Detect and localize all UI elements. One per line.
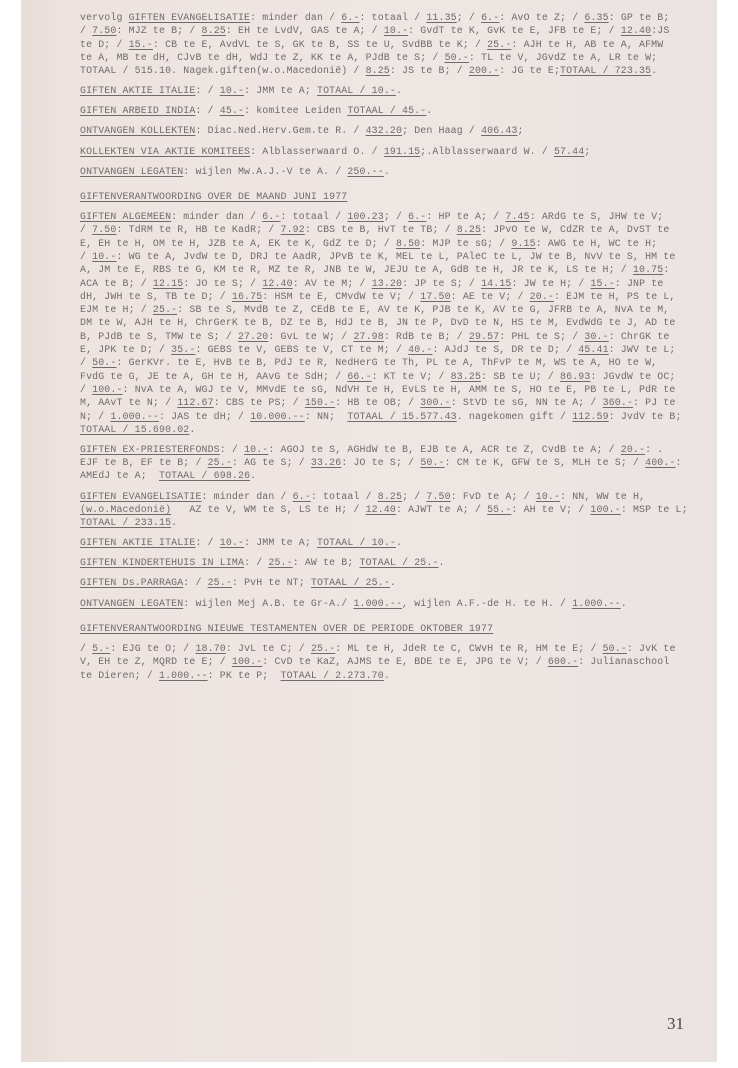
underlined-text: 112.59 bbox=[572, 411, 608, 422]
underlined-text: 360.- bbox=[603, 397, 633, 408]
text-run: : JMM te A; bbox=[244, 537, 317, 548]
text-line: A, JM te E, RBS te G, KM te R, MZ te R, … bbox=[80, 263, 684, 276]
text-run: : NvA te A, WGJ te V, MMvdE te sG, NdVH … bbox=[123, 384, 676, 395]
text-run: : / bbox=[195, 105, 219, 116]
text-run: M, AAvT te N; / bbox=[80, 397, 177, 408]
text-run: . bbox=[439, 557, 445, 568]
section-ex-priesterfonds: GIFTEN EX-PRIESTERFONDS: / 10.-: AGOJ te… bbox=[80, 443, 684, 483]
text-line: / 5.-: EJG te O; / 18.70: JvL te C; / 25… bbox=[80, 642, 684, 655]
underlined-text: 8.25 bbox=[457, 224, 481, 235]
underlined-text: TOTAAL / 45.- bbox=[347, 105, 426, 116]
text-run: : MSP te L; bbox=[621, 504, 688, 515]
text-run: V, EH te Z, MQRD te E; / bbox=[80, 656, 232, 667]
text-run: : CBS te PS; / bbox=[214, 397, 305, 408]
underlined-text: 66.- bbox=[347, 371, 371, 382]
underlined-text: 18.70 bbox=[195, 643, 225, 654]
text-run: . nagekomen gift / bbox=[457, 411, 572, 422]
underlined-text: 35.- bbox=[171, 344, 195, 355]
text-run: E, JPK te D; / bbox=[80, 344, 171, 355]
text-run: TOTAAL / 515.10. Nagek.giften(w.o.Macedo… bbox=[80, 65, 366, 76]
text-run: : JO te S; / bbox=[183, 278, 262, 289]
underlined-text: 55.- bbox=[487, 504, 511, 515]
underlined-text: 1.000.-- bbox=[572, 598, 621, 609]
text-run: : AH te V; / bbox=[511, 504, 590, 515]
text-run: / bbox=[80, 643, 92, 654]
text-line: DM te W, AJH te H, ChrGerK te B, DZ te B… bbox=[80, 316, 684, 329]
underlined-text: 10.- bbox=[220, 85, 244, 96]
text-run: : TdRM te R, HB te KadR; / bbox=[116, 224, 280, 235]
underlined-text: GIFTEN EVANGELISATIE bbox=[129, 12, 251, 23]
text-run: ; bbox=[518, 125, 524, 136]
underlined-text: TOTAAL / 25.- bbox=[311, 577, 390, 588]
underlined-text: TOTAAL / 15.577.43 bbox=[347, 411, 456, 422]
underlined-text: 50.- bbox=[92, 357, 116, 368]
text-line: N; / 1.000.--: JAS te dH; / 10.000.--: N… bbox=[80, 410, 684, 423]
text-line: GIFTEN EX-PRIESTERFONDS: / 10.-: AGOJ te… bbox=[80, 443, 684, 456]
underlined-text: 12.15 bbox=[153, 278, 183, 289]
text-run: : CBS te B, HvT te TB; / bbox=[305, 224, 457, 235]
underlined-text: 7.50 bbox=[92, 224, 116, 235]
text-run: . bbox=[396, 85, 402, 96]
underlined-text: TOTAAL / 2.273.70 bbox=[281, 670, 384, 681]
text-run: : AW te B; bbox=[293, 557, 360, 568]
text-run: : AJWT te A; / bbox=[396, 504, 487, 515]
text-run: vervolg bbox=[80, 12, 129, 23]
underlined-text: 17.50 bbox=[420, 291, 450, 302]
text-run: : HSM te E, CMvdW te V; / bbox=[262, 291, 420, 302]
text-line: / 50.-: GerKVr. te E, HvB te B, PdJ te R… bbox=[80, 356, 684, 369]
underlined-text: GIFTEN AKTIE ITALIE bbox=[80, 85, 195, 96]
text-line: TOTAAL / 515.10. Nagek.giften(w.o.Macedo… bbox=[80, 64, 684, 77]
text-run: FvdG te G, JE te A, GH te H, AAvG te SdH… bbox=[80, 371, 347, 382]
text-run: : GvdT te K, GvK te E, JFB te E; / bbox=[408, 25, 621, 36]
text-run: dH, JWH te S, TB te D; / bbox=[80, 291, 232, 302]
section-ontvangen-legaten-1: ONTVANGEN LEGATEN: wijlen Mw.A.J.-V te A… bbox=[80, 165, 684, 178]
underlined-text: 45.- bbox=[220, 105, 244, 116]
text-line: vervolg GIFTEN EVANGELISATIE: minder dan… bbox=[80, 11, 684, 24]
underlined-text: 9.15 bbox=[511, 238, 535, 249]
text-line: EJM te H; / 25.-: SB te S, MvdB te Z, CE… bbox=[80, 303, 684, 316]
underlined-text: GIFTEN EX-PRIESTERFONDS bbox=[80, 444, 220, 455]
underlined-text: 50.- bbox=[420, 457, 444, 468]
section-ontvangen-legaten-2: ONTVANGEN LEGATEN: wijlen Mej A.B. te Gr… bbox=[80, 597, 684, 610]
section-evangelisatie-2: GIFTEN EVANGELISATIE: minder dan / 6.-: … bbox=[80, 490, 684, 530]
text-run: / bbox=[80, 384, 92, 395]
text-line: dH, JWH te S, TB te D; / 16.75: HSM te E… bbox=[80, 290, 684, 303]
underlined-text: 20.- bbox=[621, 444, 645, 455]
text-run: : JGvdW te OC; bbox=[590, 371, 675, 382]
text-run: : totaal / bbox=[360, 12, 427, 23]
text-line: ONTVANGEN KOLLEKTEN: Diac.Ned.Herv.Gem.t… bbox=[80, 124, 684, 137]
text-run: : ARdG te S, JHW te V; bbox=[530, 211, 664, 222]
text-run: : JvK te bbox=[627, 643, 676, 654]
text-run: : FvD te A; / bbox=[451, 491, 536, 502]
text-line: EJF te B, EF te B; / 25.-: AG te S; / 33… bbox=[80, 456, 684, 469]
underlined-text: 100.23 bbox=[347, 211, 383, 222]
text-line: te Dieren; / 1.000.--: PK te P; TOTAAL /… bbox=[80, 669, 684, 682]
text-run: A, JM te E, RBS te G, KM te R, MZ te R, … bbox=[80, 264, 633, 275]
text-run: ; / bbox=[402, 491, 426, 502]
text-run: : EJM te H, PS te L, bbox=[554, 291, 676, 302]
underlined-text: 10.- bbox=[92, 251, 116, 262]
text-run: : AG te S; / bbox=[232, 457, 311, 468]
page-number: 31 bbox=[667, 1014, 684, 1034]
text-line: GIFTEN ALGEMEEN: minder dan / 6.-: totaa… bbox=[80, 210, 684, 223]
underlined-text: 6.35 bbox=[584, 12, 608, 23]
underlined-text: 45.41 bbox=[578, 344, 608, 355]
text-run: : bbox=[663, 264, 669, 275]
text-line: GIFTEN ARBEID INDIA: / 45.-: komitee Lei… bbox=[80, 104, 684, 117]
underlined-text: 5.- bbox=[92, 643, 110, 654]
text-line: GIFTENVERANTWOORDING OVER DE MAAND JUNI … bbox=[80, 190, 684, 203]
text-run: : SB te U; / bbox=[481, 371, 560, 382]
text-line: / 7.50: TdRM te R, HB te KadR; / 7.92: C… bbox=[80, 223, 684, 236]
underlined-text: 33.26 bbox=[311, 457, 341, 468]
text-run: : EJG te O; / bbox=[110, 643, 195, 654]
text-run: : MJZ te B; / bbox=[116, 25, 201, 36]
underlined-text: 27.20 bbox=[238, 331, 268, 342]
underlined-text: GIFTEN KINDERTEHUIS IN LIMA bbox=[80, 557, 244, 568]
text-run: : JS te B; / bbox=[390, 65, 469, 76]
underlined-text: 10.- bbox=[384, 25, 408, 36]
text-run: E, EH te H, OM te H, JZB te A, EK te K, … bbox=[80, 238, 396, 249]
text-line: FvdG te G, JE te A, GH te H, AAvG te SdH… bbox=[80, 370, 684, 383]
text-run: : ML te H, JdeR te C, CWvH te R, HM te E… bbox=[335, 643, 602, 654]
text-run: / bbox=[80, 25, 92, 36]
text-run: ACA te B; / bbox=[80, 278, 153, 289]
text-run: : AGOJ te S, AGHdW te B, EJB te A, ACR t… bbox=[268, 444, 620, 455]
text-run: : JPvO te W, CdZR te A, DvST te bbox=[481, 224, 669, 235]
underlined-text: 57.44 bbox=[554, 146, 584, 157]
text-run: : CB te E, AvdVL te S, GK te B, SS te U,… bbox=[153, 39, 487, 50]
underlined-text: 27.98 bbox=[353, 331, 383, 342]
underlined-text: (w.o.Macedonië) bbox=[80, 504, 171, 515]
underlined-text: ONTVANGEN LEGATEN bbox=[80, 166, 183, 177]
text-run: ; Den Haag / bbox=[402, 125, 481, 136]
text-run: : komitee Leiden bbox=[244, 105, 347, 116]
text-run: . bbox=[384, 166, 390, 177]
section-aktie-italie-1: GIFTEN AKTIE ITALIE: / 10.-: JMM te A; T… bbox=[80, 84, 684, 97]
underlined-text: 150.- bbox=[305, 397, 335, 408]
text-run: : PvH te NT; bbox=[232, 577, 311, 588]
underlined-text: 400.- bbox=[645, 457, 675, 468]
text-run: : PJ te bbox=[633, 397, 676, 408]
text-run: : SB te S, MvdB te Z, CEdB te E, AV te K… bbox=[177, 304, 669, 315]
underlined-text: 29.57 bbox=[469, 331, 499, 342]
text-run: : totaal / bbox=[311, 491, 378, 502]
text-run: : JvdV te B; bbox=[609, 411, 682, 422]
underlined-text: 25.- bbox=[208, 457, 232, 468]
text-run: . bbox=[189, 424, 195, 435]
underlined-text: 300.- bbox=[420, 397, 450, 408]
text-run: : GerKVr. te E, HvB te B, PdJ te R, NedH… bbox=[116, 357, 657, 368]
text-run: : JWV te L; bbox=[609, 344, 676, 355]
underlined-text: 25.- bbox=[153, 304, 177, 315]
text-run: : . bbox=[645, 444, 663, 455]
text-run: . bbox=[396, 537, 402, 548]
text-run: : totaal / bbox=[281, 211, 348, 222]
section-aktie-italie-2: GIFTEN AKTIE ITALIE: / 10.-: JMM te A; T… bbox=[80, 536, 684, 549]
text-run: . bbox=[390, 577, 396, 588]
text-run: : / bbox=[183, 577, 207, 588]
underlined-text: 15.- bbox=[590, 278, 614, 289]
underlined-text: 86.93 bbox=[560, 371, 590, 382]
text-run: : / bbox=[220, 444, 244, 455]
section-nieuwe-testamenten: / 5.-: EJG te O; / 18.70: JvL te C; / 25… bbox=[80, 642, 684, 682]
text-run: : / bbox=[195, 537, 219, 548]
underlined-text: 10.75 bbox=[633, 264, 663, 275]
underlined-text: GIFTENVERANTWOORDING NIEUWE TESTAMENTEN … bbox=[80, 623, 493, 634]
underlined-text: 14.15 bbox=[481, 278, 511, 289]
underlined-text: 12.40 bbox=[366, 504, 396, 515]
section-arbeid-india: GIFTEN ARBEID INDIA: / 45.-: komitee Lei… bbox=[80, 104, 684, 117]
text-line: E, EH te H, OM te H, JZB te A, EK te K, … bbox=[80, 237, 684, 250]
text-run: : minder dan / bbox=[250, 12, 341, 23]
text-run: : Diac.Ned.Herv.Gem.te R. / bbox=[195, 125, 365, 136]
text-run: : PHL te S; / bbox=[499, 331, 584, 342]
text-run: : MJP te sG; / bbox=[420, 238, 511, 249]
underlined-text: 7.92 bbox=[281, 224, 305, 235]
text-run: : TL te V, JGvdZ te A, LR te W; bbox=[469, 52, 657, 63]
section-kindertehuis-lima: GIFTEN KINDERTEHUIS IN LIMA: / 25.-: AW … bbox=[80, 556, 684, 569]
text-run: : WG te A, JvdW te D, DRJ te AadR, JPvB … bbox=[116, 251, 675, 262]
text-run: : CM te K, GFW te S, MLH te S; / bbox=[445, 457, 646, 468]
text-line: ONTVANGEN LEGATEN: wijlen Mw.A.J.-V te A… bbox=[80, 165, 684, 178]
underlined-text: 40.- bbox=[408, 344, 432, 355]
text-run: : GP te B; bbox=[609, 12, 670, 23]
text-run: : / bbox=[195, 85, 219, 96]
underlined-text: 6.- bbox=[262, 211, 280, 222]
text-run: : AJH te H, AB te A, AFMW bbox=[511, 39, 663, 50]
text-line: GIFTEN KINDERTEHUIS IN LIMA: / 25.-: AW … bbox=[80, 556, 684, 569]
underlined-text: 1.000.-- bbox=[159, 670, 208, 681]
text-line: B, PJdB te S, TMW te S; / 27.20: GvL te … bbox=[80, 330, 684, 343]
text-line: E, JPK te D; / 35.-: GEBS te V, GEBS te … bbox=[80, 343, 684, 356]
underlined-text: 15.- bbox=[129, 39, 153, 50]
text-run: : CvD te KaZ, AJMS te E, BDE te E, JPG t… bbox=[262, 656, 548, 667]
underlined-text: TOTAAL / 698.26 bbox=[159, 470, 250, 481]
text-run: : JAS te dH; / bbox=[159, 411, 250, 422]
text-run: : GvL te W; / bbox=[268, 331, 353, 342]
text-run: : AvO te Z; / bbox=[499, 12, 584, 23]
underlined-text: ONTVANGEN KOLLEKTEN bbox=[80, 125, 195, 136]
underlined-text: 1.000.-- bbox=[110, 411, 159, 422]
text-run: : AV te M; / bbox=[293, 278, 372, 289]
text-run: : / bbox=[244, 557, 268, 568]
text-line: / 10.-: WG te A, JvdW te D, DRJ te AadR,… bbox=[80, 250, 684, 263]
section-heading-nieuwe-testamenten: GIFTENVERANTWOORDING NIEUWE TESTAMENTEN … bbox=[80, 622, 684, 635]
underlined-text: 25.- bbox=[311, 643, 335, 654]
text-run: : NN; bbox=[305, 411, 348, 422]
underlined-text: 8.25 bbox=[366, 65, 390, 76]
text-run: : JW te H; / bbox=[511, 278, 590, 289]
text-run: : GEBS te V, GEBS te V, CT te M; / bbox=[195, 344, 408, 355]
underlined-text: 11.35 bbox=[426, 12, 456, 23]
underlined-text: TOTAAL / 723.35 bbox=[560, 65, 651, 76]
text-run: : RdB te B; / bbox=[384, 331, 469, 342]
underlined-text: 250.-- bbox=[347, 166, 383, 177]
text-run: AMEdJ te A; bbox=[80, 470, 159, 481]
underlined-text: 191.15 bbox=[384, 146, 420, 157]
text-run: . bbox=[426, 105, 432, 116]
underlined-text: GIFTEN ARBEID INDIA bbox=[80, 105, 195, 116]
text-line: / 7.50: MJZ te B; / 8.25: EH te LvdV, GA… bbox=[80, 24, 684, 37]
text-run: : JMM te A; bbox=[244, 85, 317, 96]
text-run: . bbox=[651, 65, 657, 76]
text-run: te A, MB te dH, CJvB te dH, WdJ te Z, KK… bbox=[80, 52, 445, 63]
text-run: : minder dan / bbox=[202, 491, 293, 502]
underlined-text: 10.- bbox=[536, 491, 560, 502]
underlined-text: 12.40 bbox=[621, 25, 651, 36]
text-run: : KT te V; / bbox=[372, 371, 451, 382]
text-run: :JS bbox=[651, 25, 669, 36]
text-run: DM te W, AJH te H, ChrGerK te B, DZ te B… bbox=[80, 317, 675, 328]
text-line: V, EH te Z, MQRD te E; / 100.-: CvD te K… bbox=[80, 655, 684, 668]
section-ds-parraga: GIFTEN Ds.PARRAGA: / 25.-: PvH te NT; TO… bbox=[80, 576, 684, 589]
text-run: : HP te A; / bbox=[426, 211, 505, 222]
text-run: te Dieren; / bbox=[80, 670, 159, 681]
underlined-text: 16.75 bbox=[232, 291, 262, 302]
underlined-text: 100.- bbox=[92, 384, 122, 395]
underlined-text: 7.50 bbox=[92, 25, 116, 36]
text-run: : wijlen Mw.A.J.-V te A. / bbox=[183, 166, 347, 177]
text-line: AMEdJ te A; TOTAAL / 698.26. bbox=[80, 469, 684, 482]
text-run: . bbox=[384, 670, 390, 681]
underlined-text: 6.- bbox=[481, 12, 499, 23]
text-line: te D; / 15.-: CB te E, AvdVL te S, GK te… bbox=[80, 38, 684, 51]
text-run: , wijlen A.F.-de H. te H. / bbox=[402, 598, 572, 609]
underlined-text: 112.67 bbox=[177, 397, 213, 408]
underlined-text: TOTAAL / 10.- bbox=[317, 85, 396, 96]
underlined-text: 50.- bbox=[445, 52, 469, 63]
text-run: : Alblasserwaard O. / bbox=[250, 146, 384, 157]
underlined-text: KOLLEKTEN VIA AKTIE KOMITEES bbox=[80, 146, 250, 157]
underlined-text: 10.- bbox=[220, 537, 244, 548]
underlined-text: 6.- bbox=[341, 12, 359, 23]
text-run: : wijlen Mej A.B. te Gr-A./ bbox=[183, 598, 353, 609]
text-run: : minder dan / bbox=[171, 211, 262, 222]
text-line: te A, MB te dH, CJvB te dH, WdJ te Z, KK… bbox=[80, 51, 684, 64]
underlined-text: ONTVANGEN LEGATEN bbox=[80, 598, 183, 609]
underlined-text: 8.50 bbox=[396, 238, 420, 249]
text-line: ACA te B; / 12.15: JO te S; / 12.40: AV … bbox=[80, 277, 684, 290]
text-run: B, PJdB te S, TMW te S; / bbox=[80, 331, 238, 342]
underlined-text: 13.20 bbox=[372, 278, 402, 289]
text-run: AZ te V, WM te S, LS te H; / bbox=[171, 504, 365, 515]
underlined-text: 10.- bbox=[244, 444, 268, 455]
text-run: : JG te E; bbox=[499, 65, 560, 76]
text-run: EJM te H; / bbox=[80, 304, 153, 315]
text-run: . bbox=[171, 517, 177, 528]
text-line: GIFTENVERANTWOORDING NIEUWE TESTAMENTEN … bbox=[80, 622, 684, 635]
text-line: ONTVANGEN LEGATEN: wijlen Mej A.B. te Gr… bbox=[80, 597, 684, 610]
text-run: EJF te B, EF te B; / bbox=[80, 457, 208, 468]
underlined-text: 100.- bbox=[590, 504, 620, 515]
underlined-text: 1.000.-- bbox=[353, 598, 402, 609]
underlined-text: 7.45 bbox=[505, 211, 529, 222]
text-line: M, AAvT te N; / 112.67: CBS te PS; / 150… bbox=[80, 396, 684, 409]
text-run: : EH te LvdV, GAS te A; / bbox=[226, 25, 384, 36]
section-algemeen: GIFTEN ALGEMEEN: minder dan / 6.-: totaa… bbox=[80, 210, 684, 436]
text-run: : ChrGK te bbox=[609, 331, 670, 342]
text-line: KOLLEKTEN VIA AKTIE KOMITEES: Alblasserw… bbox=[80, 145, 684, 158]
text-run: : AE te V; / bbox=[451, 291, 530, 302]
text-run: / bbox=[80, 251, 92, 262]
text-run: : AWG te H, WC te H; bbox=[536, 238, 658, 249]
text-line: GIFTEN EVANGELISATIE: minder dan / 6.-: … bbox=[80, 490, 684, 503]
text-run: ; / bbox=[384, 211, 408, 222]
underlined-text: 12.40 bbox=[262, 278, 292, 289]
text-run: / bbox=[80, 357, 92, 368]
underlined-text: 25.- bbox=[208, 577, 232, 588]
section-kollekten-komitees: KOLLEKTEN VIA AKTIE KOMITEES: Alblasserw… bbox=[80, 145, 684, 158]
underlined-text: 8.25 bbox=[202, 25, 226, 36]
text-run: / bbox=[80, 224, 92, 235]
text-run: : StVD te sG, NN te A; / bbox=[451, 397, 603, 408]
underlined-text: 100.- bbox=[232, 656, 262, 667]
underlined-text: GIFTENVERANTWOORDING OVER DE MAAND JUNI … bbox=[80, 191, 347, 202]
underlined-text: 50.- bbox=[603, 643, 627, 654]
underlined-text: TOTAAL / 25.- bbox=[360, 557, 439, 568]
underlined-text: 7.50 bbox=[426, 491, 450, 502]
text-run: ; / bbox=[457, 12, 481, 23]
underlined-text: TOTAAL / 15.690.02 bbox=[80, 424, 189, 435]
underlined-text: 83.25 bbox=[451, 371, 481, 382]
text-run: te D; / bbox=[80, 39, 129, 50]
scanned-page: vervolg GIFTEN EVANGELISATIE: minder dan… bbox=[21, 0, 717, 1062]
underlined-text: 10.000.-- bbox=[250, 411, 305, 422]
page-text: vervolg GIFTEN EVANGELISATIE: minder dan… bbox=[80, 11, 684, 689]
text-run: : JP te S; / bbox=[402, 278, 481, 289]
underlined-text: 600.- bbox=[548, 656, 578, 667]
underlined-text: 25.- bbox=[487, 39, 511, 50]
underlined-text: 6.- bbox=[293, 491, 311, 502]
underlined-text: GIFTEN EVANGELISATIE bbox=[80, 491, 202, 502]
underlined-text: TOTAAL / 233.15 bbox=[80, 517, 171, 528]
underlined-text: 406.43 bbox=[481, 125, 517, 136]
underlined-text: 8.25 bbox=[378, 491, 402, 502]
text-line: GIFTEN AKTIE ITALIE: / 10.-: JMM te A; T… bbox=[80, 84, 684, 97]
underlined-text: 6.- bbox=[408, 211, 426, 222]
text-line: GIFTEN Ds.PARRAGA: / 25.-: PvH te NT; TO… bbox=[80, 576, 684, 589]
section-heading-juni: GIFTENVERANTWOORDING OVER DE MAAND JUNI … bbox=[80, 190, 684, 203]
text-line: GIFTEN AKTIE ITALIE: / 10.-: JMM te A; T… bbox=[80, 536, 684, 549]
text-run: : AJdJ te S, DR te D; / bbox=[432, 344, 578, 355]
section-ontvangen-kollekten: ONTVANGEN KOLLEKTEN: Diac.Ned.Herv.Gem.t… bbox=[80, 124, 684, 137]
text-run: : JNP te bbox=[615, 278, 664, 289]
text-run: ; bbox=[584, 146, 590, 157]
text-line: TOTAAL / 15.690.02. bbox=[80, 423, 684, 436]
text-run: : HB te OB; / bbox=[335, 397, 420, 408]
underlined-text: 25.- bbox=[268, 557, 292, 568]
underlined-text: 200.- bbox=[469, 65, 499, 76]
text-line: (w.o.Macedonië) AZ te V, WM te S, LS te … bbox=[80, 503, 684, 516]
text-run: : JvL te C; / bbox=[226, 643, 311, 654]
text-run: N; / bbox=[80, 411, 110, 422]
text-run: : JO te S; / bbox=[341, 457, 420, 468]
underlined-text: TOTAAL / 10.- bbox=[317, 537, 396, 548]
text-line: TOTAAL / 233.15. bbox=[80, 516, 684, 529]
text-line: / 100.-: NvA te A, WGJ te V, MMvdE te sG… bbox=[80, 383, 684, 396]
text-run: . bbox=[250, 470, 256, 481]
underlined-text: GIFTEN Ds.PARRAGA bbox=[80, 577, 183, 588]
underlined-text: 20.- bbox=[530, 291, 554, 302]
underlined-text: 30.- bbox=[584, 331, 608, 342]
text-run: : bbox=[676, 457, 682, 468]
underlined-text: 432.20 bbox=[366, 125, 402, 136]
text-run: : Julianaschool bbox=[578, 656, 669, 667]
section-evangelisatie-vervolg: vervolg GIFTEN EVANGELISATIE: minder dan… bbox=[80, 11, 684, 77]
